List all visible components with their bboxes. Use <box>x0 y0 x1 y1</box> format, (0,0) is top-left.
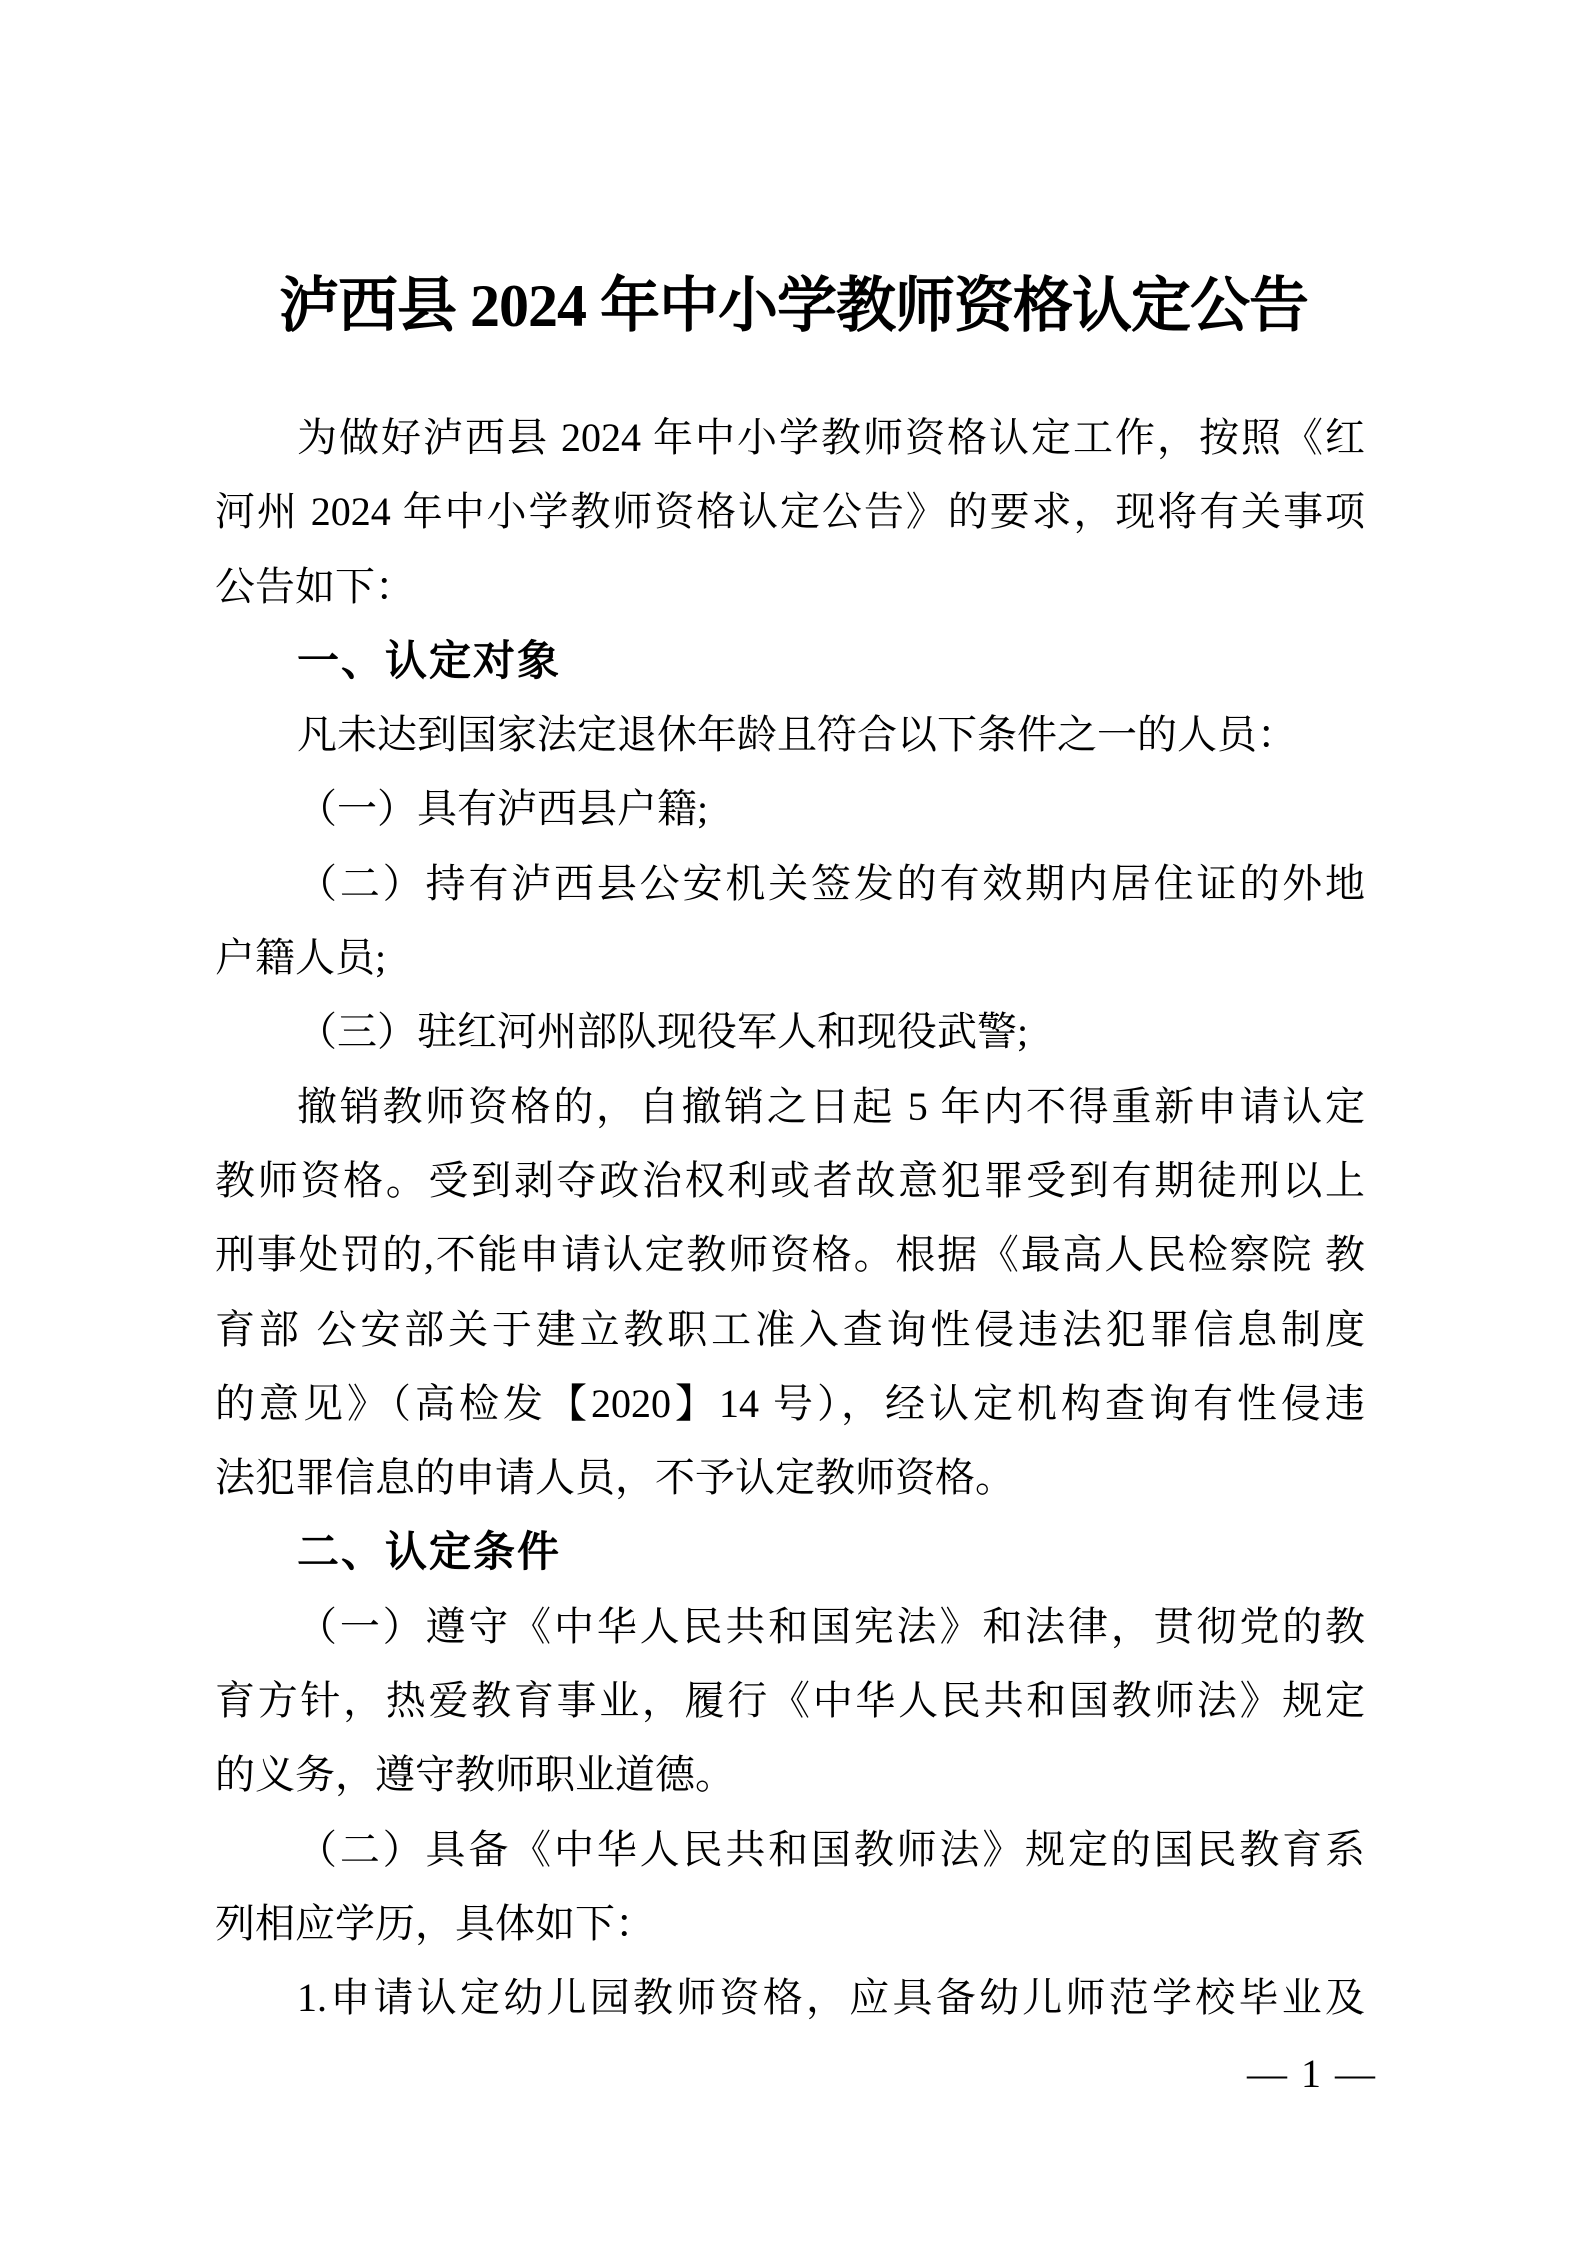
document-line: 的意见》（高检发【2020】14 号），经认定机构查询有性侵违 <box>215 1367 1365 1441</box>
document-line: 为做好泸西县 2024 年中小学教师资格认定工作，按照《红 <box>215 401 1365 475</box>
document-line: （一）遵守《中华人民共和国宪法》和法律，贯彻党的教 <box>215 1590 1365 1664</box>
document-line: 撤销教师资格的，自撤销之日起 5 年内不得重新申请认定 <box>215 1070 1365 1144</box>
document-line: （三）驻红河州部队现役军人和现役武警; <box>215 995 1365 1069</box>
document-body: 为做好泸西县 2024 年中小学教师资格认定工作，按照《红河州 2024 年中小… <box>215 401 1365 2036</box>
document-line: 教师资格。受到剥夺政治权利或者故意犯罪受到有期徒刑以上 <box>215 1144 1365 1218</box>
document-line: （二）持有泸西县公安机关签发的有效期内居住证的外地 <box>215 847 1365 921</box>
section-heading: 一、认定对象 <box>215 624 1365 698</box>
document-line: 河州 2024 年中小学教师资格认定公告》的要求，现将有关事项 <box>215 475 1365 549</box>
document-line: 户籍人员; <box>215 921 1365 995</box>
document-title: 泸西县 2024 年中小学教师资格认定公告 <box>0 270 1587 342</box>
document-line: 的义务，遵守教师职业道德。 <box>215 1738 1365 1812</box>
document-line: 育部 公安部关于建立教职工准入查询性侵违法犯罪信息制度 <box>215 1293 1365 1367</box>
document-line: 法犯罪信息的申请人员，不予认定教师资格。 <box>215 1441 1365 1515</box>
document-line: 刑事处罚的,不能申请认定教师资格。根据《最高人民检察院 教 <box>215 1218 1365 1292</box>
document-line: 育方针，热爱教育事业，履行《中华人民共和国教师法》规定 <box>215 1664 1365 1738</box>
document-line: 1.申请认定幼儿园教师资格，应具备幼儿师范学校毕业及 <box>215 1961 1365 2035</box>
document-line: （一）具有泸西县户籍; <box>215 772 1365 846</box>
document-line: 凡未达到国家法定退休年龄且符合以下条件之一的人员： <box>215 698 1365 772</box>
document-page: 泸西县 2024 年中小学教师资格认定公告 为做好泸西县 2024 年中小学教师… <box>0 0 1587 2245</box>
document-line: 列相应学历，具体如下： <box>215 1887 1365 1961</box>
document-line: （二）具备《中华人民共和国教师法》规定的国民教育系 <box>215 1813 1365 1887</box>
document-line: 公告如下： <box>215 550 1365 624</box>
section-heading: 二、认定条件 <box>215 1515 1365 1589</box>
page-number: — 1 — <box>1247 2050 1377 2098</box>
